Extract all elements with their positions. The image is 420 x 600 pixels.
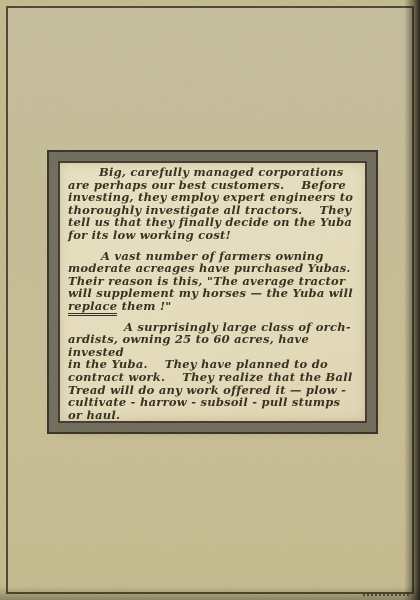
letter-paragraph-3: A surprisingly large class of orch-ardis… [68, 321, 359, 422]
handwriting-line: or haul. [68, 409, 359, 422]
printer-credit-mark [363, 593, 411, 597]
handwriting-line: for its low working cost! [68, 229, 359, 242]
letter-paper: Big, carefully managed corporationsare p… [58, 161, 367, 423]
text-segment: ardists, owning 25 to 60 acres, have inv… [68, 332, 313, 359]
underlined-word: replace [68, 299, 117, 316]
handwriting-line: replace them !" [68, 300, 359, 313]
letter-paragraph-1: Big, carefully managed corporationsare p… [68, 166, 359, 242]
letter-body: Big, carefully managed corporationsare p… [68, 166, 359, 423]
text-segment: for its low working cost! [68, 228, 231, 242]
handwriting-line: ardists, owning 25 to 60 acres, have inv… [68, 333, 359, 358]
scanned-advertisement-page: Big, carefully managed corporationsare p… [0, 0, 420, 600]
letter-paragraph-2: A vast number of farmers owningmoderate … [68, 250, 359, 313]
text-segment: them !" [117, 299, 171, 313]
text-segment: or haul. [68, 408, 120, 422]
